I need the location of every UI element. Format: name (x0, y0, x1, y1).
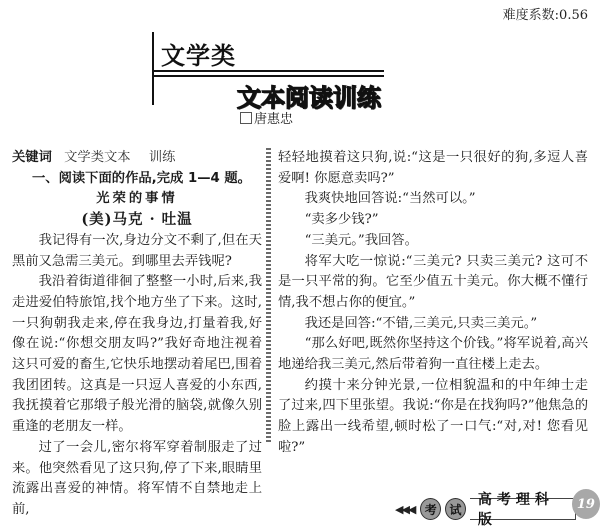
story-paragraph: 过了一会儿,密尔将军穿着制服走了过来。他突然看见了这只狗,停了下来,眼睛里流露出… (12, 438, 262, 521)
story-paragraph: “三美元。”我回答。 (278, 231, 588, 252)
category-title: 文学类 (161, 36, 236, 71)
question-instruction: 一、阅读下面的作品,完成 1—4 题。 (12, 169, 262, 190)
story-paragraph: 我爽快地回答说:“当然可以。” (278, 189, 588, 210)
right-column: 轻轻地摸着这只狗,说:“这是一只很好的狗,多逗人喜爱啊! 你愿意卖吗?” 我爽快… (278, 148, 588, 459)
section-header: 文学类 文本阅读训练 (152, 32, 385, 105)
footer-circle-kao: 考 (420, 498, 441, 520)
left-column: 关键词 文学类文本 训练 一、阅读下面的作品,完成 1—4 题。 光荣的事情 (… (12, 148, 262, 521)
story-paragraph: 我记得有一次,身边分文不剩了,但在天黑前又急需三美元。到哪里去弄钱呢? (12, 231, 262, 272)
checkbox-square-icon (240, 112, 252, 124)
story-paragraph-continued: 轻轻地摸着这只狗,说:“这是一只很好的狗,多逗人喜爱啊! 你愿意卖吗?” (278, 148, 588, 189)
column-divider (266, 148, 271, 442)
story-paragraph: 约摸十来分钟光景,一位相貌温和的中年绅士走了过来,四下里张望。我说:“你是在找狗… (278, 376, 588, 459)
triple-arrow-left-icon: ◀◀◀ (395, 503, 414, 516)
story-paragraph: 我沿着街道徘徊了整整一小时,后来,我走进爱伯特旅馆,找个地方坐了下来。这时,一只… (12, 272, 262, 438)
page-footer: ◀◀◀ 考 试 高考理科版 19 (395, 494, 600, 524)
keyword-item: 文学类文本 (64, 150, 130, 165)
story-paragraph: 将军大吃一惊说:“三美元? 只卖三美元? 这可不是一只平常的狗。它至少值五十美元… (278, 252, 588, 314)
difficulty-coefficient: 难度系数:0.56 (503, 4, 588, 23)
header-rule-bottom (154, 75, 384, 77)
header-vertical-rule (152, 32, 154, 105)
edition-label: 高考理科版 (470, 498, 576, 520)
author-name: 唐惠忠 (254, 108, 293, 127)
keywords-label: 关键词 (12, 150, 52, 165)
page-number: 19 (572, 489, 600, 519)
keyword-item: 训练 (149, 150, 176, 165)
footer-circle-shi: 试 (445, 498, 466, 520)
story-paragraph: “卖多少钱?” (278, 210, 588, 231)
story-author: (美)马克 · 吐温 (12, 210, 262, 231)
keywords-line: 关键词 文学类文本 训练 (12, 148, 262, 169)
story-paragraph: “那么好吧,既然你坚持这个价钱。”将军说着,高兴地递给我三美元,然后带着狗一直往… (278, 334, 588, 375)
article-author: 唐惠忠 (240, 108, 293, 127)
story-title: 光荣的事情 (12, 189, 262, 210)
story-paragraph: 我还是回答:“不错,三美元,只卖三美元。” (278, 314, 588, 335)
header-rule-top (154, 70, 384, 72)
